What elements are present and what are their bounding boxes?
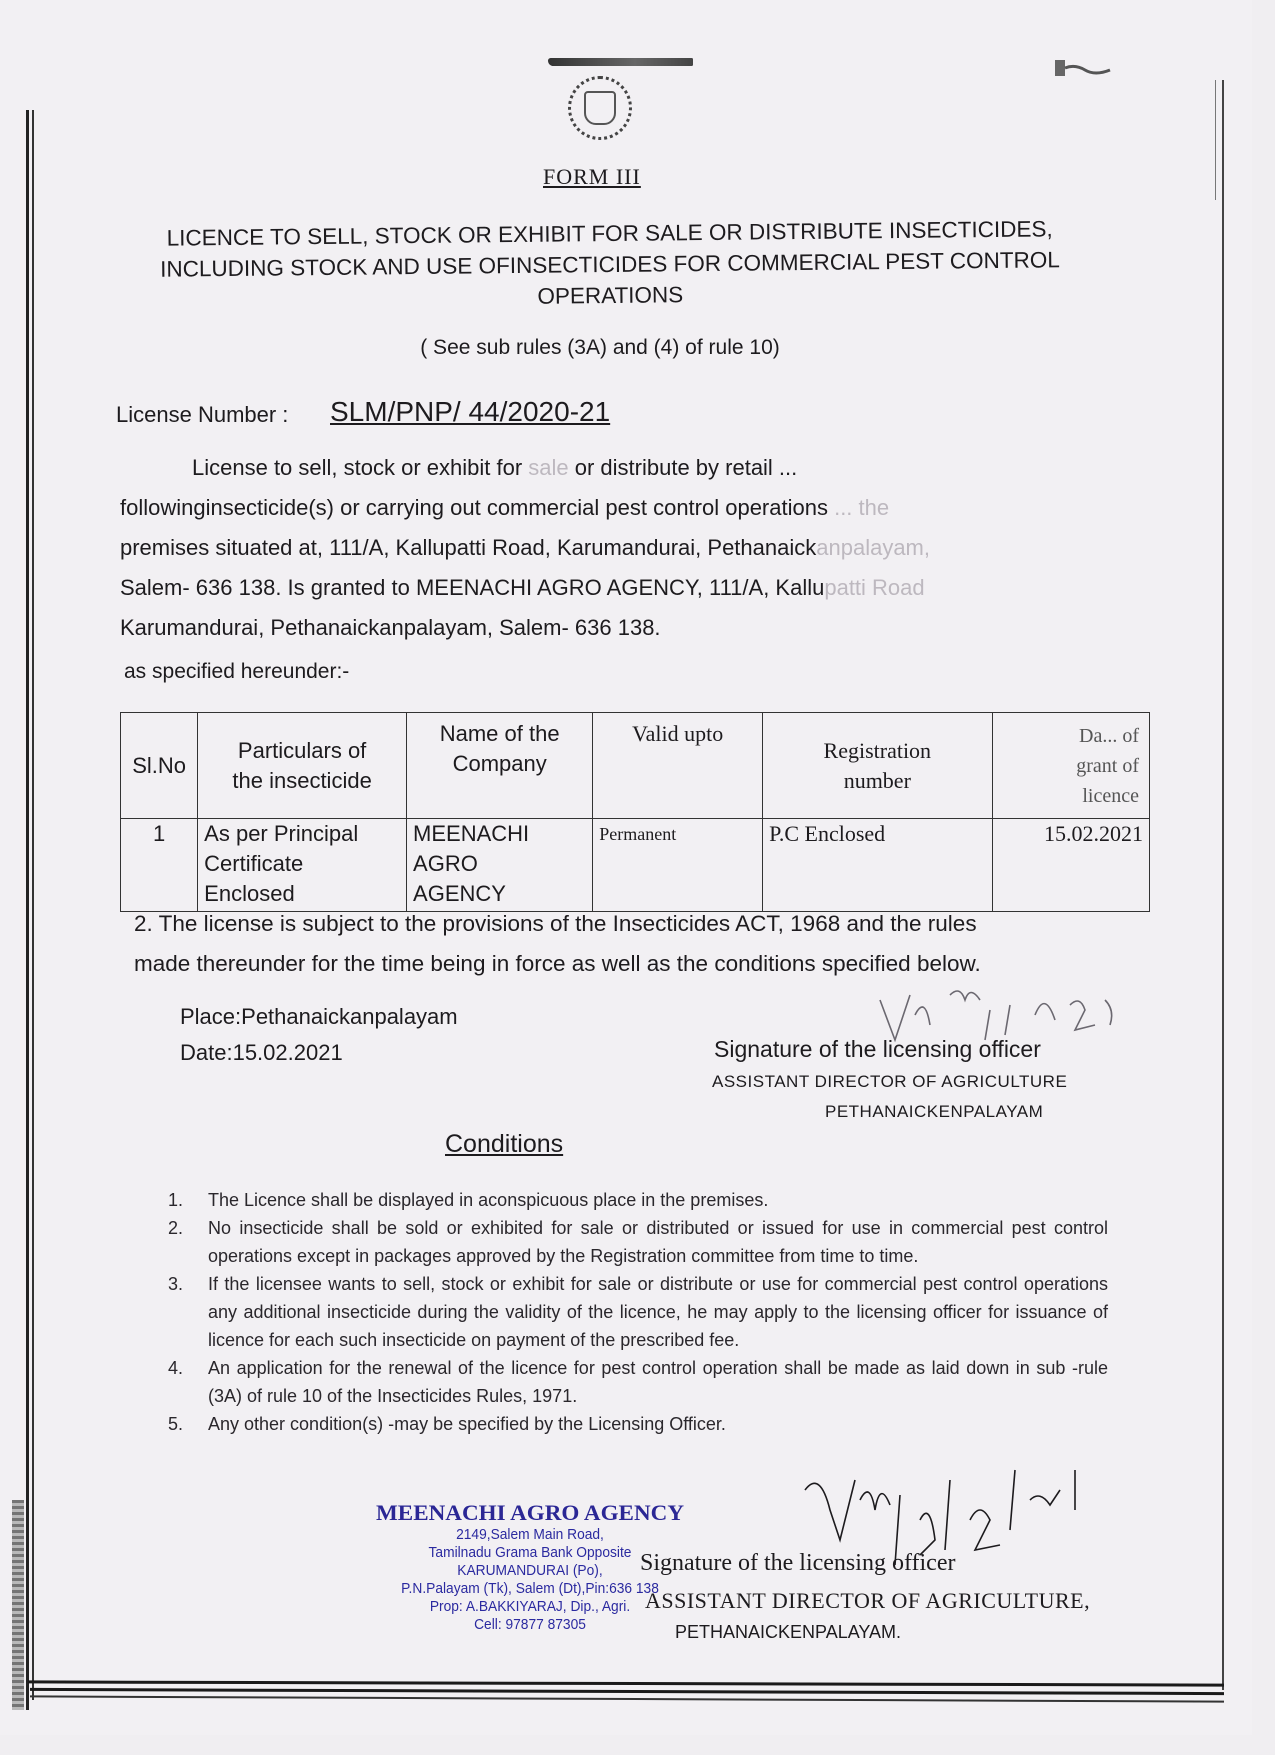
stamp-line: Prop: A.BAKKIYARAJ, Dip., Agri.: [378, 1598, 682, 1616]
header-company: Name of theCompany: [407, 713, 593, 819]
para-text: License to sell, stock or exhibit for: [192, 455, 528, 480]
cell-sl-no: 1: [121, 819, 198, 912]
office-2: PETHANAICKENPALAYAM.: [675, 1622, 901, 1643]
clause-line: made thereunder for the time being in fo…: [134, 944, 1114, 984]
cell-date: 15.02.2021: [992, 819, 1149, 912]
form-title: FORM III: [543, 164, 641, 190]
cell-registration: P.C Enclosed: [763, 819, 992, 912]
scan-mark: [548, 58, 693, 66]
stamp-line: Tamilnadu Grama Bank Opposite: [378, 1544, 682, 1562]
cell-particulars: As per PrincipalCertificateEnclosed: [198, 819, 407, 912]
cell-company: MEENACHIAGROAGENCY: [407, 819, 593, 912]
designation-2: ASSISTANT DIRECTOR OF AGRICULTURE,: [645, 1588, 1090, 1614]
para-text: or distribute by retail ...: [569, 455, 798, 480]
header-sl-no: Sl.No: [121, 713, 198, 819]
license-number: SLM/PNP/ 44/2020-21: [330, 396, 610, 428]
page-border-right-inner: [1215, 80, 1216, 200]
signature-label-1: Signature of the licensing officer: [714, 1036, 1041, 1063]
para-text: followinginsecticide(s) or carrying out …: [120, 495, 834, 520]
license-grant-paragraph: License to sell, stock or exhibit for sa…: [120, 448, 1090, 648]
table-header-row: Sl.No Particulars ofthe insecticide Name…: [121, 713, 1150, 819]
scan-edge-strip: [12, 1500, 24, 1710]
header-registration: Registrationnumber: [763, 713, 992, 819]
cell-valid-upto: Permanent: [593, 819, 763, 912]
sub-rule-reference: ( See sub rules (3A) and (4) of rule 10): [0, 336, 1200, 360]
specified-hereunder-label: as specified hereunder:-: [124, 660, 349, 684]
para-text-faded: patti Road: [824, 575, 924, 600]
para-text-faded: anpalayam,: [816, 535, 930, 560]
para-text: Karumandurai, Pethanaickanpalayam, Salem…: [120, 608, 1090, 648]
government-emblem-icon: [568, 76, 632, 140]
page-border-bottom: [28, 1680, 1224, 1686]
office-1: PETHANAICKENPALAYAM: [825, 1102, 1043, 1122]
para-text: Salem- 636 138. Is granted to MEENACHI A…: [120, 575, 824, 600]
designation-1: ASSISTANT DIRECTOR OF AGRICULTURE: [712, 1072, 1067, 1092]
para-text-faded: ... the: [834, 495, 889, 520]
page-border-right: [1222, 80, 1224, 1690]
condition-item: 1.The Licence shall be displayed in acon…: [168, 1186, 1108, 1214]
condition-item: 2.No insecticide shall be sold or exhibi…: [168, 1214, 1108, 1270]
place: Place:Pethanaickanpalayam: [180, 1004, 458, 1030]
conditions-list: 1.The Licence shall be displayed in acon…: [168, 1186, 1108, 1438]
date: Date:15.02.2021: [180, 1040, 343, 1066]
condition-item: 5.Any other condition(s) -may be specifi…: [168, 1410, 1108, 1438]
clause-line: 2. The license is subject to the provisi…: [134, 904, 1114, 944]
condition-item: 3.If the licensee wants to sell, stock o…: [168, 1270, 1108, 1354]
page-border-bottom-3: [30, 1695, 1224, 1702]
conditions-title: Conditions: [445, 1130, 563, 1159]
stamp-line: KARUMANDURAI (Po),: [378, 1562, 682, 1580]
clause-2: 2. The license is subject to the provisi…: [134, 904, 1114, 984]
header-valid-upto: Valid upto: [593, 713, 763, 819]
para-text-faded: sale: [528, 455, 568, 480]
stamp-line: P.N.Palayam (Tk), Salem (Dt),Pin:636 138: [378, 1580, 682, 1598]
stamp-line: 2149,Salem Main Road,: [378, 1526, 682, 1544]
document-page: FORM III LICENCE TO SELL, STOCK OR EXHIB…: [0, 0, 1252, 1735]
table-row: 1 As per PrincipalCertificateEnclosed ME…: [121, 819, 1150, 912]
condition-item: 4.An application for the renewal of the …: [168, 1354, 1108, 1410]
header-date-of-grant: Da... ofgrant oflicence: [992, 713, 1149, 819]
stamp-line: Cell: 97877 87305: [378, 1616, 682, 1634]
header-particulars: Particulars ofthe insecticide: [198, 713, 407, 819]
insecticide-table: Sl.No Particulars ofthe insecticide Name…: [120, 712, 1150, 912]
stamp-company-name: MEENACHI AGRO AGENCY: [362, 1500, 698, 1526]
para-text: premises situated at, 111/A, Kallupatti …: [120, 535, 816, 560]
page-border-bottom-2: [30, 1688, 1224, 1695]
corner-initials-icon: [1055, 60, 1115, 78]
form-heading: LICENCE TO SELL, STOCK OR EXHIBIT FOR SA…: [110, 213, 1111, 316]
license-number-label: License Number :: [116, 402, 288, 428]
signature-label-2: Signature of the licensing officer: [640, 1550, 955, 1577]
